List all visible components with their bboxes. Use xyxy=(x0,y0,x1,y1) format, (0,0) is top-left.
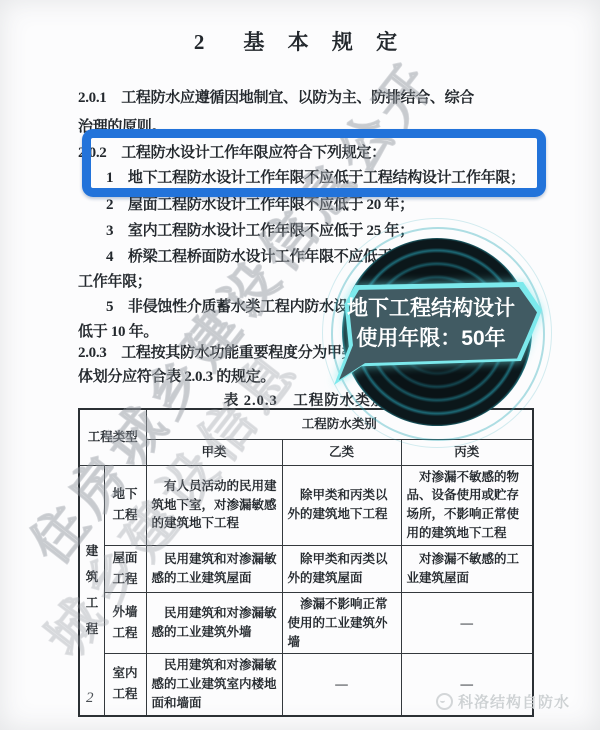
table-col-header-bing: 丙类 xyxy=(401,439,533,465)
clause-2-0-2-item4-line2: 工作年限； xyxy=(78,270,152,291)
clause-2-0-3-line2: 体划分应符合表 2.0.3 的规定。 xyxy=(78,365,275,386)
document-page: 住房城乡建设信息公开 城乡建设信息 2 基 本 规 定 2.0.1 工程防水应遵… xyxy=(0,0,600,730)
cell-underground-yi: 除甲类和丙类以外的建筑地下工程 xyxy=(282,465,401,545)
callout-bubble: 地下工程结构设计 使用年限：50年 xyxy=(332,282,542,386)
cell-roof-jia: 民用建筑和对渗漏敏感的工业建筑屋面 xyxy=(146,545,282,593)
row-label-text: 屋面工程 xyxy=(111,548,139,591)
table-row: 屋面工程 民用建筑和对渗漏敏感的工业建筑屋面 除甲类和丙类以外的建筑屋面 对渗漏… xyxy=(79,545,533,593)
brand-label: 科洛结构自防水 xyxy=(458,691,570,712)
highlight-rectangle xyxy=(82,129,546,197)
callout-line1: 地下工程结构设计 xyxy=(346,294,516,324)
page-number: 2 xyxy=(86,690,94,707)
brand-logo-icon xyxy=(436,693,453,710)
callout-line2: 使用年限：50年 xyxy=(346,324,516,354)
row-label-text: 外墙工程 xyxy=(111,602,139,645)
row-label-wall: 外墙工程 xyxy=(104,593,146,654)
table-col-header-jia: 甲类 xyxy=(146,439,282,465)
table-group-label: 建筑工程 xyxy=(79,465,104,716)
chapter-title: 2 基 本 规 定 xyxy=(0,26,600,56)
group-label-text: 建筑工程 xyxy=(85,538,99,643)
table-row: 外墙工程 民用建筑和对渗漏敏感的工业建筑外墙 渗漏不影响正常使用的工业建筑外墙 … xyxy=(79,593,533,654)
row-label-indoor: 室内工程 xyxy=(104,654,146,716)
clause-2-0-2-item5-line2: 低于 10 年。 xyxy=(78,320,158,341)
cell-roof-bing: 对渗漏不敏感的工业建筑屋面 xyxy=(401,545,533,593)
table-col-header-yi: 乙类 xyxy=(282,439,401,465)
cell-underground-jia: 有人员活动的民用建筑地下室，对渗漏敏感的建筑地下工程 xyxy=(146,465,282,545)
table-row: 建筑工程 地下工程 有人员活动的民用建筑地下室，对渗漏敏感的建筑地下工程 除甲类… xyxy=(79,465,533,545)
clause-2-0-2-item3: 3 室内工程防水设计工作年限不应低于 25 年； xyxy=(106,219,414,240)
row-label-text: 室内工程 xyxy=(111,663,139,706)
waterproofing-category-table: 工程类型 工程防水类别 甲类 乙类 丙类 建筑工程 地下工程 有人员活动的民用建… xyxy=(78,408,534,717)
cell-wall-bing: — xyxy=(401,593,533,654)
cell-wall-yi: 渗漏不影响正常使用的工业建筑外墙 xyxy=(282,593,401,654)
row-label-roof: 屋面工程 xyxy=(104,545,146,593)
cell-underground-bing: 对渗漏不敏感的物品、设备使用或贮存场所，不影响正常使用的建筑地下工程 xyxy=(401,465,533,545)
callout-text: 地下工程结构设计 使用年限：50年 xyxy=(346,294,516,354)
row-label-underground: 地下工程 xyxy=(104,465,146,545)
cell-wall-jia: 民用建筑和对渗漏敏感的工业建筑外墙 xyxy=(146,593,282,654)
cell-indoor-jia: 民用建筑和对渗漏敏感的工业建筑室内楼地面和墙面 xyxy=(146,654,282,716)
cell-roof-yi: 除甲类和丙类以外的建筑屋面 xyxy=(282,545,401,593)
row-label-text: 地下工程 xyxy=(111,484,139,527)
brand-watermark: 科洛结构自防水 xyxy=(436,691,570,712)
clause-2-0-1-line1: 2.0.1 工程防水应遵循因地制宜、以防为主、防排结合、综合 xyxy=(78,86,474,107)
table-corner-header: 工程类型 xyxy=(79,409,146,465)
cell-indoor-yi: — xyxy=(282,654,401,716)
